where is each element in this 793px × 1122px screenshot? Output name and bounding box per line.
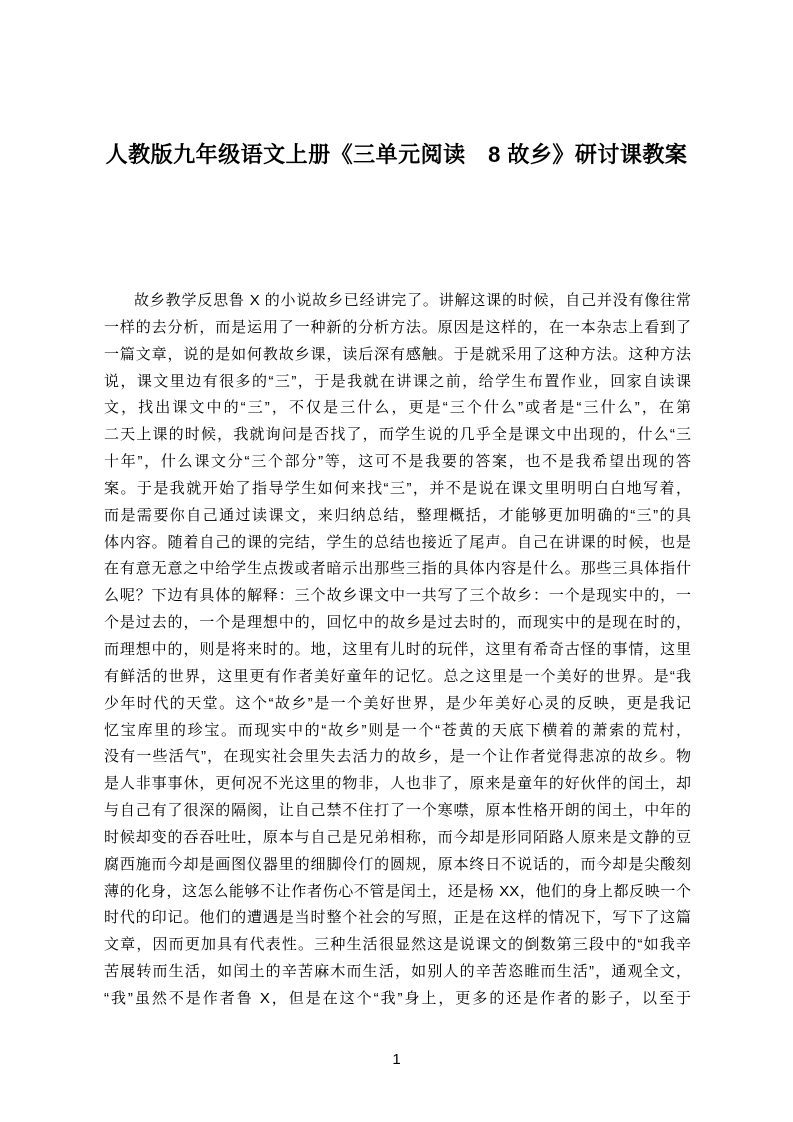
paragraph-line: 么呢？下边有具体的解释：三个故乡课文中一共写了三个故乡：一个是现实中的，一	[104, 583, 691, 610]
paragraph-line: 与自己有了很深的隔阂，让自己禁不住打了一个寒噤，原本性格开朗的闰土，中年的	[104, 798, 691, 825]
paragraph-line: 在有意无意之中给学生点拨或者暗示出那些三指的具体内容是什么。那些三具体指什	[104, 556, 691, 583]
paragraph-line: 体内容。随着自己的课的完结，学生的总结也接近了尾声。自己在讲课的时候，也是	[104, 530, 691, 557]
document-title: 人教版九年级语文上册《三单元阅读 8 故乡》研讨课教案	[100, 138, 693, 169]
paragraph-line: 少年时代的天堂。这个“故乡”是一个美好世界，是少年美好心灵的反映，更是我记	[104, 691, 691, 718]
paragraph-line: 一篇文章，说的是如何教故乡课，读后深有感触。于是就采用了这种方法。这种方法	[104, 342, 691, 369]
paragraph-line: 文，找出课文中的“三”，不仅是三什么，更是“三个什么”或者是“三什么”，在第	[104, 395, 691, 422]
paragraph-line: 文章，因而更加具有代表性。三种生活很显然这是说课文的倒数第三段中的“如我辛	[104, 932, 691, 959]
paragraph-line: 而理想中的，则是将来时的。地，这里有儿时的玩伴，这里有希奇古怪的事情，这里	[104, 637, 691, 664]
paragraph-line: 薄的化身，这怎么能够不让作者伤心不管是闰土，还是杨 XX，他们的身上都反映一个	[104, 879, 691, 906]
paragraph-line: 案。于是我就开始了指导学生如何来找“三”，并不是说在课文里明明白白地写着，	[104, 476, 691, 503]
paragraph-line: 故乡教学反思鲁 X 的小说故乡已经讲完了。讲解这课的时候，自己并没有像往常	[104, 288, 691, 315]
page-number: 1	[0, 1050, 793, 1070]
paragraph-line: 忆宝库里的珍宝。而现实中的“故乡”则是一个“苍黄的天底下横着的萧索的荒村，	[104, 718, 691, 745]
paragraph-line: 有鲜活的世界，这里更有作者美好童年的记忆。总之这里是一个美好的世界。是“我	[104, 664, 691, 691]
paragraph-line: 十年”，什么课文分“三个部分”等，这可不是我要的答案，也不是我希望出现的答	[104, 449, 691, 476]
paragraph-line: 是人非事事休，更何况不光这里的物非，人也非了，原来是童年的好伙伴的闰土，却	[104, 771, 691, 798]
paragraph-line: 而是需要你自己通过读课文，来归纳总结，整理概括，才能够更加明确的“三”的具	[104, 503, 691, 530]
paragraph-line: 二天上课的时候，我就询问是否找了，而学生说的几乎全是课文中出现的，什么“三	[104, 422, 691, 449]
paragraph-line: “我”虽然不是作者鲁 X，但是在这个“我”身上，更多的还是作者的影子，以至于	[104, 986, 691, 1013]
paragraph-line: 个是过去的，一个是理想中的，回忆中的故乡是过去时的，而现实中的是现在时的，	[104, 610, 691, 637]
paragraph-line: 苦展转而生活，如闰土的辛苦麻木而生活，如别人的辛苦恣睢而生活”，通观全文，	[104, 959, 691, 986]
paragraph-line: 说，课文里边有很多的“三”，于是我就在讲课之前，给学生布置作业，回家自读课	[104, 369, 691, 396]
paragraph-line: 时代的印记。他们的遭遇是当时整个社会的写照，正是在这样的情况下，写下了这篇	[104, 905, 691, 932]
paragraph-line: 一样的去分析，而是运用了一种新的分析方法。原因是这样的，在一本杂志上看到了	[104, 315, 691, 342]
paragraph-line: 没有一些活气”，在现实社会里失去活力的故乡，是一个让作者觉得悲凉的故乡。物	[104, 744, 691, 771]
document-body: 故乡教学反思鲁 X 的小说故乡已经讲完了。讲解这课的时候，自己并没有像往常一样的…	[104, 288, 691, 1013]
paragraph-line: 腐西施而今却是画图仪器里的细脚伶仃的圆规，原本终日不说话的，而今却是尖酸刻	[104, 852, 691, 879]
document-page: 人教版九年级语文上册《三单元阅读 8 故乡》研讨课教案 故乡教学反思鲁 X 的小…	[0, 0, 793, 1122]
paragraph-line: 时候却变的吞吞吐吐，原本与自己是兄弟相称，而今却是形同陌路人原来是文静的豆	[104, 825, 691, 852]
